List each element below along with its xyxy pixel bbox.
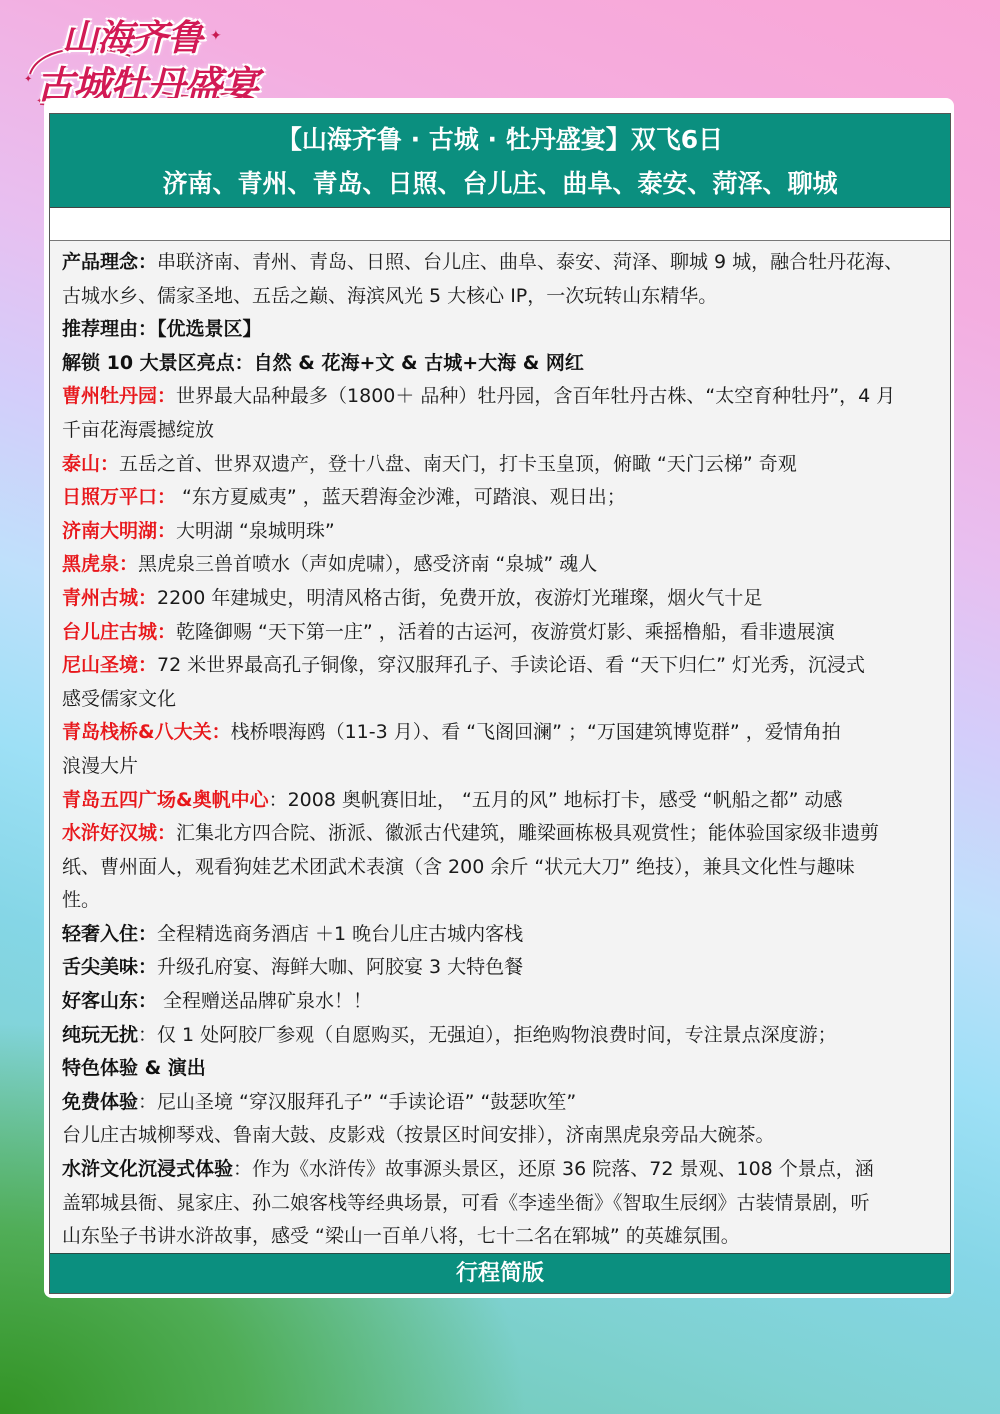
section-label: 好客山东： (62, 990, 157, 1012)
brand-logo: ✦ ✦ ✦ ✦ 山海齐鲁 古城牡丹盛宴 (10, 4, 270, 112)
tour-title: 【山海齐鲁 · 古城 · 牡丹盛宴】双飞6日 (50, 114, 950, 156)
tour-cities: 济南、青州、青岛、日照、台儿庄、曲阜、泰安、菏泽、聊城 (50, 156, 950, 200)
svg-text:✦: ✦ (24, 74, 32, 85)
attraction-name: 泰山： (62, 453, 119, 475)
description-line: 青州古城：2200 年建城史，明清风格古街，免费开放，夜游灯光璀璨，烟火气十足 (62, 582, 938, 616)
description-line: 好客山东： 全程赠送品牌矿泉水！！ (62, 985, 938, 1019)
description-line: 台儿庄古城柳琴戏、鲁南大鼓、皮影戏（按景区时间安排），济南黑虎泉旁品大碗茶。 (62, 1119, 938, 1153)
attraction-name: 黑虎泉： (62, 553, 138, 575)
section-label: 解锁 10 大景区亮点：自然 & 花海+文 & 古城+大海 & 网红 (62, 352, 584, 374)
attraction-name: 青州古城： (62, 587, 157, 609)
itinerary-summary-header: 行程简版 (50, 1253, 950, 1293)
line-text: 浪漫大片 (62, 755, 138, 777)
attraction-name: 日照万平口： (62, 486, 176, 508)
line-text: 台儿庄古城柳琴戏、鲁南大鼓、皮影戏（按景区时间安排），济南黑虎泉旁品大碗茶。 (62, 1124, 775, 1146)
description-line: 尼山圣境：72 米世界最高孔子铜像，穿汉服拜孔子、手读论语、看 “天下归仁” 灯… (62, 649, 938, 683)
description-line: 曹州牡丹园：世界最大品种最多（1800＋ 品种）牡丹园，含百年牡丹古株、“太空育… (62, 380, 938, 414)
description-line: 台儿庄古城：乾隆御赐 “天下第一庄” ，活着的古运河，夜游赏灯影、乘摇橹船，看非… (62, 616, 938, 650)
card-header: 【山海齐鲁 · 古城 · 牡丹盛宴】双飞6日 济南、青州、青岛、日照、台儿庄、曲… (50, 114, 950, 208)
description-line: 青岛五四广场&奥帆中心：2008 奥帆赛旧址， “五月的风” 地标打卡，感受 “… (62, 784, 938, 818)
line-text: 山东坠子书讲水浒故事，感受 “梁山一百单八将，七十二名在郓城” 的英雄氛围。 (62, 1225, 740, 1247)
line-text: ：2008 奥帆赛旧址， “五月的风” 地标打卡，感受 “帆船之都” 动感 (269, 789, 843, 811)
line-text: 2200 年建城史，明清风格古街，免费开放，夜游灯光璀璨，烟火气十足 (157, 587, 762, 609)
description-line: 解锁 10 大景区亮点：自然 & 花海+文 & 古城+大海 & 网红 (62, 347, 938, 381)
attraction-name: 水浒好汉城： (62, 822, 176, 844)
section-label: 轻奢入住： (62, 923, 157, 945)
line-text: 栈桥喂海鸥（11-3 月）、看 “飞阁回澜” ；“万国建筑博览群” ，爱情角拍 (231, 721, 841, 743)
attraction-name: 青岛栈桥&八大关： (62, 721, 231, 743)
description-line: 浪漫大片 (62, 750, 938, 784)
line-text: 汇集北方四合院、浙派、徽派古代建筑，雕梁画栋极具观赏性；能体验国家级非遗剪 (176, 822, 879, 844)
section-label: 特色体验 & 演出 (62, 1057, 206, 1079)
line-text: 大明湖 “泉城明珠” (176, 520, 335, 542)
line-text: 纸、曹州面人，观看狗娃艺术团武术表演（含 200 余斤 “状元大刀” 绝技），兼… (62, 856, 855, 878)
product-description: 产品理念：串联济南、青州、青岛、日照、台儿庄、曲阜、泰安、菏泽、聊城 9 城，融… (50, 241, 950, 1254)
line-text: 世界最大品种最多（1800＋ 品种）牡丹园，含百年牡丹古株、“太空育种牡丹”，4… (176, 385, 895, 407)
description-line: 性。 (62, 884, 938, 918)
description-line: 舌尖美味：升级孔府宴、海鲜大咖、阿胶宴 3 大特色餐 (62, 951, 938, 985)
line-text: ：仅 1 处阿胶厂参观（自愿购买，无强迫），拒绝购物浪费时间，专注景点深度游； (138, 1024, 837, 1046)
line-text: 串联济南、青州、青岛、日照、台儿庄、曲阜、泰安、菏泽、聊城 9 城，融合牡丹花海… (157, 251, 903, 273)
attraction-name: 曹州牡丹园： (62, 385, 176, 407)
line-text: 72 米世界最高孔子铜像，穿汉服拜孔子、手读论语、看 “天下归仁” 灯光秀，沉浸… (157, 654, 865, 676)
line-text: 全程精选商务酒店 ＋1 晚台儿庄古城内客栈 (157, 923, 523, 945)
section-label: 纯玩无扰 (62, 1024, 138, 1046)
description-line: 纸、曹州面人，观看狗娃艺术团武术表演（含 200 余斤 “状元大刀” 绝技），兼… (62, 851, 938, 885)
line-text: 升级孔府宴、海鲜大咖、阿胶宴 3 大特色餐 (157, 956, 523, 978)
description-line: 感受儒家文化 (62, 683, 938, 717)
attraction-name: 尼山圣境： (62, 654, 157, 676)
section-label: 舌尖美味： (62, 956, 157, 978)
svg-text:✦: ✦ (210, 28, 222, 44)
attraction-name: 台儿庄古城： (62, 621, 176, 643)
line-text: 古城水乡、儒家圣地、五岳之巅、海滨风光 5 大核心 IP，一次玩转山东精华。 (62, 285, 717, 307)
line-text: 千亩花海震撼绽放 (62, 419, 214, 441)
description-line: 日照万平口： “东方夏威夷” ，蓝天碧海金沙滩，可踏浪、观日出； (62, 481, 938, 515)
line-text: 全程赠送品牌矿泉水！！ (157, 990, 372, 1012)
description-line: 水浒好汉城：汇集北方四合院、浙派、徽派古代建筑，雕梁画栋极具观赏性；能体验国家级… (62, 817, 938, 851)
line-text: ：作为《水浒传》故事源头景区，还原 36 院落、72 景观、108 个景点，涵 (233, 1158, 874, 1180)
description-line: 青岛栈桥&八大关：栈桥喂海鸥（11-3 月）、看 “飞阁回澜” ；“万国建筑博览… (62, 716, 938, 750)
itinerary-card: 【山海齐鲁 · 古城 · 牡丹盛宴】双飞6日 济南、青州、青岛、日照、台儿庄、曲… (49, 113, 951, 1294)
description-line: 免费体验：尼山圣境 “穿汉服拜孔子” “手读论语” “鼓瑟吹笙” (62, 1086, 938, 1120)
attraction-name: 济南大明湖： (62, 520, 176, 542)
description-line: 推荐理由：【优选景区】 (62, 313, 938, 347)
description-line: 轻奢入住：全程精选商务酒店 ＋1 晚台儿庄古城内客栈 (62, 918, 938, 952)
description-line: 古城水乡、儒家圣地、五岳之巅、海滨风光 5 大核心 IP，一次玩转山东精华。 (62, 280, 938, 314)
description-line: 山东坠子书讲水浒故事，感受 “梁山一百单八将，七十二名在郓城” 的英雄氛围。 (62, 1220, 938, 1254)
description-line: 水浒文化沉浸式体验：作为《水浒传》故事源头景区，还原 36 院落、72 景观、1… (62, 1153, 938, 1187)
description-line: 纯玩无扰：仅 1 处阿胶厂参观（自愿购买，无强迫），拒绝购物浪费时间，专注景点深… (62, 1019, 938, 1053)
description-line: 特色体验 & 演出 (62, 1052, 938, 1086)
line-text: 感受儒家文化 (62, 688, 176, 710)
description-line: 产品理念：串联济南、青州、青岛、日照、台儿庄、曲阜、泰安、菏泽、聊城 9 城，融… (62, 246, 938, 280)
description-line: 千亩花海震撼绽放 (62, 414, 938, 448)
section-label: 水浒文化沉浸式体验 (62, 1158, 233, 1180)
line-text: 性。 (62, 889, 100, 911)
line-text: “东方夏威夷” ，蓝天碧海金沙滩，可踏浪、观日出； (176, 486, 626, 508)
line-text: 乾隆御赐 “天下第一庄” ，活着的古运河，夜游赏灯影、乘摇橹船，看非遗展演 (176, 621, 835, 643)
blank-row (50, 208, 950, 241)
section-label: 免费体验 (62, 1091, 138, 1113)
line-text: 盖郓城县衙、晁家庄、孙二娘客栈等经典场景，可看《李逵坐衙》《智取生辰纲》古装情景… (62, 1192, 870, 1214)
line-text: 五岳之首、世界双遗产，登十八盘、南天门，打卡玉皇顶，俯瞰 “天门云梯” 奇观 (119, 453, 797, 475)
description-line: 黑虎泉：黑虎泉三兽首喷水（声如虎啸），感受济南 “泉城” 魂人 (62, 548, 938, 582)
section-label: 推荐理由：【优选景区】 (62, 318, 262, 340)
description-line: 济南大明湖：大明湖 “泉城明珠” (62, 515, 938, 549)
section-label: 产品理念： (62, 251, 157, 273)
line-text: 黑虎泉三兽首喷水（声如虎啸），感受济南 “泉城” 魂人 (138, 553, 597, 575)
attraction-name: 青岛五四广场&奥帆中心 (62, 789, 269, 811)
description-line: 盖郓城县衙、晁家庄、孙二娘客栈等经典场景，可看《李逵坐衙》《智取生辰纲》古装情景… (62, 1187, 938, 1221)
description-line: 泰山：五岳之首、世界双遗产，登十八盘、南天门，打卡玉皇顶，俯瞰 “天门云梯” 奇… (62, 448, 938, 482)
line-text: ：尼山圣境 “穿汉服拜孔子” “手读论语” “鼓瑟吹笙” (138, 1091, 576, 1113)
